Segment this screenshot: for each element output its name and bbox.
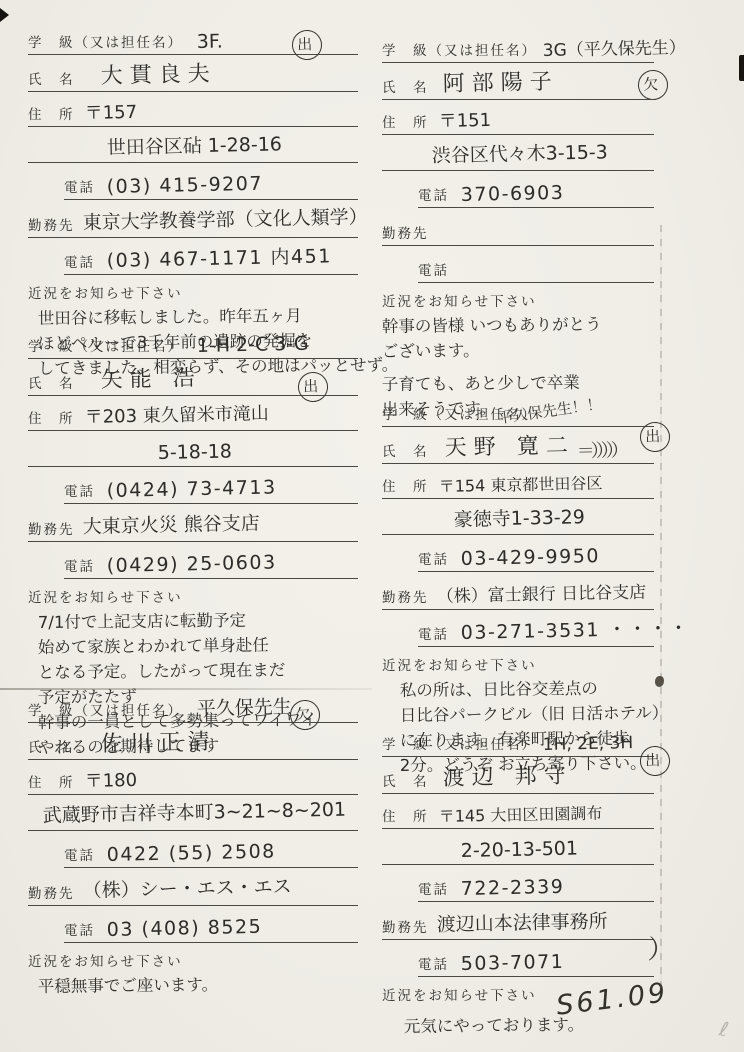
name-value: 渡辺 邦守 xyxy=(442,758,573,793)
work-phone-label: 電話 xyxy=(64,555,95,578)
class-label: 学 級（又は担任名） xyxy=(382,733,537,756)
status-line: 始めて家族とわかれて単身赴任 xyxy=(38,632,358,660)
phone-value: 03-429-9950 xyxy=(461,545,601,571)
status-line: 平穏無事でご座います。 xyxy=(38,971,358,999)
name-row: 氏 名 渡辺 邦守 xyxy=(382,757,654,794)
name-row: 氏 名 矢能 浩 xyxy=(28,359,358,396)
name-label: 氏 名 xyxy=(382,76,429,99)
status-line: 元気にやっております。 xyxy=(404,1011,654,1039)
address-row-2: 2-20-13-501 xyxy=(382,829,654,865)
class-value: 3F. xyxy=(197,30,223,54)
work-phone-row: 電話 (0429) 25-0603 xyxy=(64,542,358,579)
phone-row: 電話 03-429-9950 xyxy=(418,535,654,572)
work-phone-label: 電話 xyxy=(418,623,449,646)
class-row: 学 級（又は担任名） 1-H 2-C 3-G xyxy=(28,328,358,359)
name-value: 佐川正清 xyxy=(100,725,217,759)
address-label: 住 所 xyxy=(28,407,75,430)
phone-label: 電話 xyxy=(64,176,95,199)
work-label: 勤務先 xyxy=(28,518,75,541)
status-label: 近況をお知らせ下さい xyxy=(382,290,654,310)
paper-smudge: ℓ xyxy=(718,1016,739,1041)
work-row: 勤務先 渡辺山本法律事務所 xyxy=(382,902,654,940)
address-label: 住 所 xyxy=(28,771,75,794)
address-row: 住 所 〒151 xyxy=(382,100,654,135)
work-row: 勤務先 （株）富士銀行 日比谷支店 xyxy=(382,572,654,610)
postal-value: 〒154 東京都世田谷区 xyxy=(438,471,602,498)
work-label: 勤務先 xyxy=(382,222,429,245)
attendance-mark: 欠 xyxy=(295,703,311,725)
status-line: 私の所は、日比谷交差点の xyxy=(400,675,654,703)
class-row: 学 級（又は担任名） 1H, 2E, 3H xyxy=(382,726,654,757)
address-row-2: 豪徳寺1-33-29 xyxy=(382,499,654,535)
name-label: 氏 名 xyxy=(382,440,429,463)
class-label: 学 級（又は担任名） xyxy=(382,39,537,62)
name-label: 氏 名 xyxy=(382,770,429,793)
class-row: 学 級（又は担任名） 3G（平久保先生） xyxy=(382,32,654,63)
address-value: 渋谷区代々木3-15-3 xyxy=(431,137,608,170)
address-row-2: 武蔵野市吉祥寺本町3~21~8~201 xyxy=(28,795,358,831)
phone-label: 電話 xyxy=(418,184,449,207)
postal-value: 〒145 大田区田園調布 xyxy=(438,801,602,828)
name-row: 氏 名 大貫良夫 xyxy=(28,55,358,92)
form-card-5: 学 級（又は担任名） 平久保先生！！ 出 氏 名 天野 寛二 ＝））））） 住 … xyxy=(382,396,654,778)
postal-value: 〒151 xyxy=(438,106,491,134)
address-value: 世田谷区砧 1-28-16 xyxy=(107,129,283,162)
name-label: 氏 名 xyxy=(28,68,75,91)
phone-row: 電話 (0424) 73-4713 xyxy=(64,467,358,504)
class-value: 平久保先生 xyxy=(196,692,292,722)
work-phone-label: 電話 xyxy=(418,953,449,976)
address-row: 住 所 〒154 東京都世田谷区 xyxy=(382,464,654,499)
name-row: 氏 名 阿部陽子 xyxy=(382,63,654,100)
name-label: 氏 名 xyxy=(28,736,75,759)
work-label: 勤務先 xyxy=(382,916,429,939)
class-label: 学 級（又は担任名） xyxy=(28,699,183,722)
status-line: 日比谷パークビル（旧 日活ホテル） xyxy=(400,700,654,728)
address-row-2: 渋谷区代々木3-15-3 xyxy=(382,135,654,171)
phone-value: (0424) 73-4713 xyxy=(107,476,277,503)
name-value: 阿部陽子 xyxy=(442,65,559,99)
phone-label: 電話 xyxy=(418,878,449,901)
address-label: 住 所 xyxy=(382,475,429,498)
scan-edge-mark xyxy=(739,55,744,81)
work-phone-label: 電話 xyxy=(64,251,95,274)
postal-value: 〒157 xyxy=(84,98,137,126)
work-row: 勤務先 （株）シー・エス・エス xyxy=(28,868,358,906)
address-row-2: 5-18-18 xyxy=(28,431,358,467)
name-row: 氏 名 天野 寛二 ＝））））） xyxy=(382,427,654,464)
work-value: （株）富士銀行 日比谷支店 xyxy=(436,578,646,609)
phone-value: 722-2339 xyxy=(461,876,565,901)
work-phone-value: 03 (408) 8525 xyxy=(107,916,263,942)
address-row: 住 所 〒203 東久留米市滝山 xyxy=(28,396,358,431)
work-phone-label: 電話 xyxy=(418,259,449,282)
phone-row: 電話 (03) 415-9207 xyxy=(64,163,358,200)
work-value: 大東京火災 熊谷支店 xyxy=(82,508,260,541)
work-row: 勤務先 大東京火災 熊谷支店 xyxy=(28,504,358,542)
work-row: 勤務先 東京大学教養学部（文化人類学） xyxy=(28,200,358,238)
name-label: 氏 名 xyxy=(28,372,75,395)
postal-value: 〒203 東久留米市滝山 xyxy=(84,399,269,430)
name-row: 氏 名 佐川正清 xyxy=(28,723,358,760)
phone-label: 電話 xyxy=(64,480,95,503)
work-phone-row: 電話 03 (408) 8525 xyxy=(64,906,358,943)
work-value: 渡辺山本法律事務所 xyxy=(436,906,608,939)
class-value: 1H, 2E, 3H xyxy=(543,733,634,756)
work-phone-row: 電話 (03) 467-1171 内451 xyxy=(64,238,358,275)
phone-value: 370-6903 xyxy=(461,182,565,207)
horizontal-fold-crease xyxy=(0,688,372,690)
status-line: 世田谷に移転しました。昨年五ヶ月 xyxy=(38,303,358,331)
status-label: 近況をお知らせ下さい xyxy=(28,586,358,606)
address-value: 豪徳寺1-33-29 xyxy=(454,502,586,534)
scan-corner-mark xyxy=(0,8,9,22)
address-value: 5-18-18 xyxy=(157,440,232,466)
scanned-reunion-contact-sheet: { "labels": { "class": "学 級（又は担任名）", "na… xyxy=(0,0,744,1052)
address-label: 住 所 xyxy=(382,805,429,828)
work-phone-value: (03) 467-1171 内451 xyxy=(106,241,332,274)
class-value: 1-H 2-C 3-G xyxy=(197,333,309,358)
phone-label: 電話 xyxy=(418,548,449,571)
status-label: 近況をお知らせ下さい xyxy=(28,950,358,970)
work-label: 勤務先 xyxy=(28,214,75,237)
status-line: ございます。 xyxy=(382,336,654,364)
work-phone-label: 電話 xyxy=(64,919,95,942)
class-label: 学 級（又は担任名） xyxy=(28,31,183,54)
pen-scribble: ＝））））） xyxy=(576,436,625,463)
name-value: 大貫良夫 xyxy=(100,57,217,91)
work-phone-row: 電話 503-7071 xyxy=(418,940,654,977)
postal-value: 〒180 xyxy=(84,766,137,794)
status-line: となる予定。したがって現在まだ xyxy=(38,657,358,685)
work-phone-row: 電話 xyxy=(418,246,654,283)
address-row: 住 所 〒157 xyxy=(28,92,358,127)
status-label: 近況をお知らせ下さい xyxy=(28,282,358,302)
address-row-2: 世田谷区砧 1-28-16 xyxy=(28,127,358,163)
work-label: 勤務先 xyxy=(382,586,429,609)
work-phone-value: 03-271-3531 ・・・・ xyxy=(460,613,689,646)
work-value: 東京大学教養学部（文化人類学） xyxy=(82,202,368,237)
address-label: 住 所 xyxy=(382,111,429,134)
work-value: （株）シー・エス・エス xyxy=(82,872,292,905)
status-message: 平穏無事でご座います。 xyxy=(38,974,358,999)
phone-row: 電話 0422 (55) 2508 xyxy=(64,831,358,868)
name-value: 矢能 浩 xyxy=(100,361,202,395)
name-value: 天野 寛二 xyxy=(444,428,575,463)
vertical-fold-crease xyxy=(660,225,662,995)
phone-value: (03) 415-9207 xyxy=(107,173,264,199)
address-label: 住 所 xyxy=(28,103,75,126)
status-label: 近況をお知らせ下さい xyxy=(382,654,654,674)
work-label: 勤務先 xyxy=(28,882,75,905)
class-label: 学 級（又は担任名） xyxy=(28,335,183,358)
status-line: 7/1付で上記支店に転勤予定 xyxy=(38,607,358,635)
phone-row: 電話 722-2339 xyxy=(418,865,654,902)
status-line: 幹事の皆様 いつもありがとう xyxy=(382,311,654,339)
ink-spot xyxy=(655,676,664,687)
phone-row: 電話 370-6903 xyxy=(418,171,654,208)
status-line: 子育ても、あと少しで卒業 xyxy=(382,369,654,397)
form-card-4: 学 級（又は担任名） 3G（平久保先生） 欠 氏 名 阿部陽子 住 所 〒151… xyxy=(382,32,654,422)
phone-label: 電話 xyxy=(64,844,95,867)
address-value: 武蔵野市吉祥寺本町3~21~8~201 xyxy=(43,795,347,830)
address-row: 住 所 〒180 xyxy=(28,760,358,795)
class-value: 3G（平久保先生） xyxy=(542,33,686,62)
work-phone-value: (0429) 25-0603 xyxy=(107,551,277,578)
work-phone-value: 503-7071 xyxy=(461,951,565,976)
form-card-3: 学 級（又は担任名） 平久保先生 欠 氏 名 佐川正清 住 所 〒180 武蔵野… xyxy=(28,692,358,999)
attendance-mark: 出 xyxy=(297,33,313,55)
address-row: 住 所 〒145 大田区田園調布 xyxy=(382,794,654,829)
work-row: 勤務先 xyxy=(382,208,654,246)
work-phone-row: 電話 03-271-3531 ・・・・ xyxy=(418,610,654,647)
status-message: 元気にやっております。 xyxy=(404,1014,654,1039)
phone-value: 0422 (55) 2508 xyxy=(107,840,277,867)
address-value: 2-20-13-501 xyxy=(461,838,579,864)
